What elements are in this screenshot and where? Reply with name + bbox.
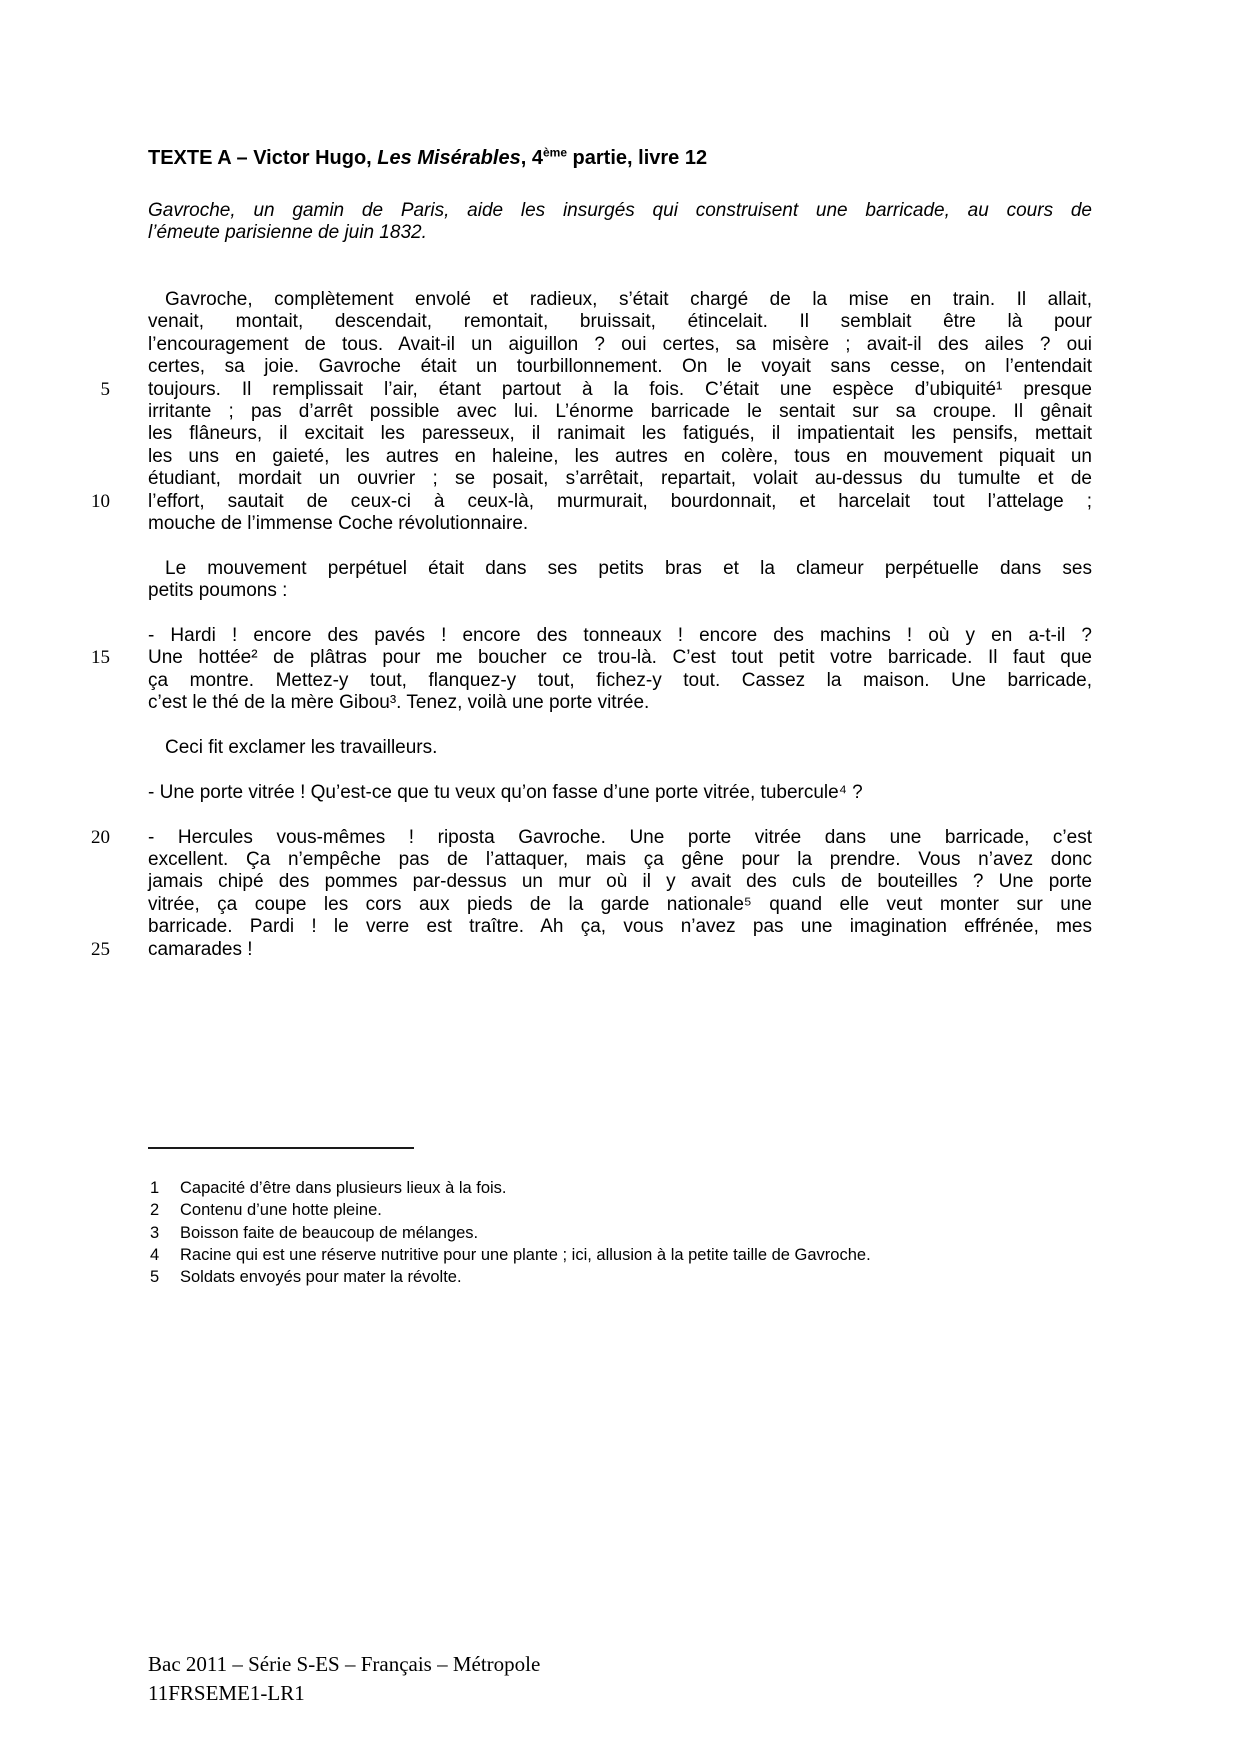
footnote-text: Contenu d’une hotte pleine. — [180, 1199, 1092, 1221]
footnote-text: Racine qui est une réserve nutritive pou… — [180, 1244, 1092, 1266]
line-text: Ceci fit exclamer les travailleurs. — [148, 737, 1092, 759]
footnote-item: 1Capacité d’être dans plusieurs lieux à … — [148, 1177, 1092, 1199]
line-number: 15 — [82, 647, 110, 669]
line-text: les flâneurs, il excitait les paresseux,… — [148, 423, 1092, 445]
footnote-item: 3Boisson faite de beaucoup de mélanges. — [148, 1222, 1092, 1244]
footnote-separator — [148, 1147, 414, 1149]
text-line: petits poumons : — [148, 580, 1092, 602]
footnote-text: Boisson faite de beaucoup de mélanges. — [180, 1222, 1092, 1244]
text-line: étudiant, mordait un ouvrier ; se posait… — [148, 468, 1092, 490]
text-line: 10l’effort, sautait de ceux-ci à ceux-là… — [148, 491, 1092, 513]
text-line: - Hardi ! encore des pavés ! encore des … — [148, 625, 1092, 647]
line-text: les uns en gaieté, les autres en haleine… — [148, 446, 1092, 468]
line-text: - Hardi ! encore des pavés ! encore des … — [148, 625, 1092, 647]
text-line: les flâneurs, il excitait les paresseux,… — [148, 423, 1092, 445]
line-number: 5 — [82, 379, 110, 401]
text-line: vitrée, ça coupe les cors aux pieds de l… — [148, 894, 1092, 916]
footnote-text: Capacité d’être dans plusieurs lieux à l… — [180, 1177, 1092, 1199]
text-line: barricade. Pardi ! le verre est traître.… — [148, 916, 1092, 938]
title-mid: , 4 — [521, 147, 543, 169]
line-text: c’est le thé de la mère Gibou³. Tenez, v… — [148, 692, 1092, 714]
document-title: TEXTE A – Victor Hugo, Les Misérables, 4… — [148, 147, 1108, 169]
footer-exam-reference: Bac 2011 – Série S-ES – Français – Métro… — [148, 1650, 1092, 1679]
text-line: 20- Hercules vous-mêmes ! riposta Gavroc… — [148, 827, 1092, 849]
line-text: venait, montait, descendait, remontait, … — [148, 311, 1092, 333]
line-text: certes, sa joie. Gavroche était un tourb… — [148, 356, 1092, 378]
footnote-number: 5 — [148, 1266, 180, 1288]
line-text: excellent. Ça n’empêche pas de l’attaque… — [148, 849, 1092, 871]
footnote-text: Soldats envoyés pour mater la révolte. — [180, 1266, 1092, 1288]
text-line: l’encouragement de tous. Avait-il un aig… — [148, 334, 1092, 356]
intro-chapeau: Gavroche, un gamin de Paris, aide les in… — [148, 200, 1092, 245]
footnote-number: 3 — [148, 1222, 180, 1244]
line-text: - Une porte vitrée ! Qu’est-ce que tu ve… — [148, 782, 1092, 804]
text-line: Ceci fit exclamer les travailleurs. — [148, 737, 1092, 759]
intro-line: l’émeute parisienne de juin 1832. — [148, 222, 1092, 244]
text-line: - Une porte vitrée ! Qu’est-ce que tu ve… — [148, 782, 1092, 804]
footnote-item: 2Contenu d’une hotte pleine. — [148, 1199, 1092, 1221]
document-page: TEXTE A – Victor Hugo, Les Misérables, 4… — [0, 0, 1240, 1754]
text-line: ça montre. Mettez-y tout, flanquez-y tou… — [148, 670, 1092, 692]
line-number: 20 — [82, 827, 110, 849]
footnote-number: 4 — [148, 1244, 180, 1266]
footer-document-code: 11FRSEME1-LR1 — [148, 1679, 1092, 1708]
line-text: l’encouragement de tous. Avait-il un aig… — [148, 334, 1092, 356]
text-line: venait, montait, descendait, remontait, … — [148, 311, 1092, 333]
title-ordinal-superscript: ème — [543, 145, 567, 159]
line-text: Une hottée² de plâtras pour me boucher c… — [148, 647, 1092, 669]
line-text: petits poumons : — [148, 580, 1092, 602]
footnote-item: 4Racine qui est une réserve nutritive po… — [148, 1244, 1092, 1266]
line-text: jamais chipé des pommes par-dessus un mu… — [148, 871, 1092, 893]
text-line: 25camarades ! — [148, 939, 1092, 961]
footnote-number: 1 — [148, 1177, 180, 1199]
title-suffix: partie, livre 12 — [567, 147, 707, 169]
line-text: camarades ! — [148, 939, 1092, 961]
text-line: Le mouvement perpétuel était dans ses pe… — [148, 558, 1092, 580]
text-body: Gavroche, complètement envolé et radieux… — [148, 289, 1092, 961]
line-text: toujours. Il remplissait l’air, étant pa… — [148, 379, 1092, 401]
text-line: les uns en gaieté, les autres en haleine… — [148, 446, 1092, 468]
line-text: - Hercules vous-mêmes ! riposta Gavroche… — [148, 827, 1092, 849]
text-line: 5toujours. Il remplissait l’air, étant p… — [148, 379, 1092, 401]
line-text: Gavroche, complètement envolé et radieux… — [148, 289, 1092, 311]
footnote-item: 5Soldats envoyés pour mater la révolte. — [148, 1266, 1092, 1288]
title-prefix: TEXTE A – Victor Hugo, — [148, 147, 377, 169]
line-text: l’effort, sautait de ceux-ci à ceux-là, … — [148, 491, 1092, 513]
footnotes-list: 1Capacité d’être dans plusieurs lieux à … — [148, 1177, 1092, 1288]
line-text: irritante ; pas d’arrêt possible avec lu… — [148, 401, 1092, 423]
intro-line: Gavroche, un gamin de Paris, aide les in… — [148, 200, 1092, 222]
line-number: 25 — [82, 939, 110, 961]
line-text: barricade. Pardi ! le verre est traître.… — [148, 916, 1092, 938]
line-text: étudiant, mordait un ouvrier ; se posait… — [148, 468, 1092, 490]
text-line: mouche de l’immense Coche révolutionnair… — [148, 513, 1092, 535]
line-text: Le mouvement perpétuel était dans ses pe… — [148, 558, 1092, 580]
line-text: ça montre. Mettez-y tout, flanquez-y tou… — [148, 670, 1092, 692]
line-text: mouche de l’immense Coche révolutionnair… — [148, 513, 1092, 535]
footnote-number: 2 — [148, 1199, 180, 1221]
text-line: certes, sa joie. Gavroche était un tourb… — [148, 356, 1092, 378]
text-line: c’est le thé de la mère Gibou³. Tenez, v… — [148, 692, 1092, 714]
text-line: irritante ; pas d’arrêt possible avec lu… — [148, 401, 1092, 423]
text-line: excellent. Ça n’empêche pas de l’attaque… — [148, 849, 1092, 871]
page-footer: Bac 2011 – Série S-ES – Français – Métro… — [148, 1650, 1092, 1708]
line-number: 10 — [82, 491, 110, 513]
text-line: jamais chipé des pommes par-dessus un mu… — [148, 871, 1092, 893]
line-text: vitrée, ça coupe les cors aux pieds de l… — [148, 894, 1092, 916]
text-line: 15Une hottée² de plâtras pour me boucher… — [148, 647, 1092, 669]
text-line: Gavroche, complètement envolé et radieux… — [148, 289, 1092, 311]
title-work-name: Les Misérables — [377, 147, 520, 169]
